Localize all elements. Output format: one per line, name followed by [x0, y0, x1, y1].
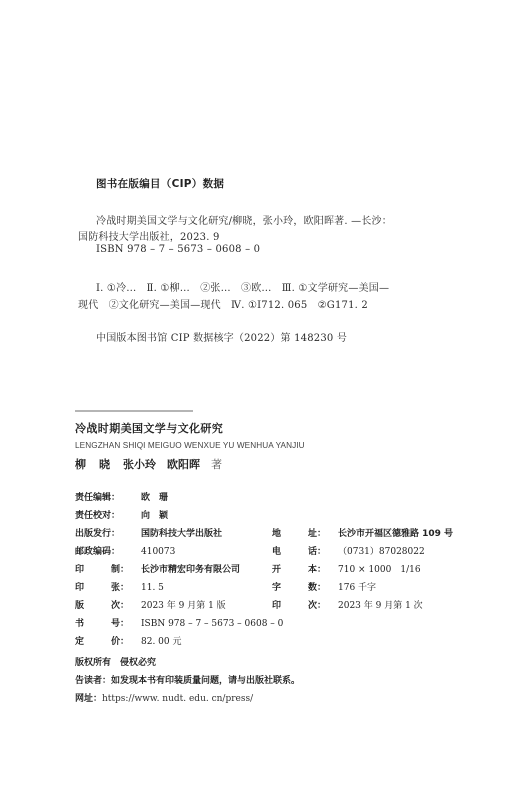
- detail-label: 价：: [111, 637, 129, 647]
- author-name: 柳: [75, 456, 99, 472]
- detail-editor: 责任编辑：欧 珊: [75, 490, 168, 503]
- website-line: 网址：https://www. nudt. edu. cn/press/: [75, 691, 253, 704]
- book-title: 冷战时期美国文学与文化研究: [75, 420, 223, 436]
- detail-value: 2023 年 9 月第 1 版: [141, 601, 226, 611]
- author-name: 欧阳晖: [167, 456, 211, 472]
- detail-label: 书: [75, 616, 111, 629]
- detail-edition: 版次：2023 年 9 月第 1 版: [75, 598, 226, 611]
- cip-line-title: 冷战时期美国文学与文化研究/柳晓，张小玲，欧阳晖著. —长沙：: [96, 212, 392, 227]
- detail-value: （0731）87028022: [338, 547, 425, 557]
- detail-label: 址：: [308, 529, 326, 539]
- author-suffix: 著: [211, 456, 222, 472]
- detail-label: 开: [272, 562, 308, 575]
- book-authors: 柳晓张小玲欧阳晖著: [75, 456, 222, 472]
- detail-value: 176 千字: [338, 583, 376, 593]
- detail-label: 字: [272, 580, 308, 593]
- detail-price: 定价：82. 00 元: [75, 634, 182, 647]
- detail-value: 410073: [141, 547, 175, 557]
- detail-label: 话：: [308, 547, 326, 557]
- detail-label: 责任校对：: [75, 508, 141, 521]
- detail-label: 定: [75, 634, 111, 647]
- detail-printing: 印次：2023 年 9 月第 1 次: [272, 598, 423, 611]
- detail-label: 次：: [111, 601, 129, 611]
- detail-label: 版: [75, 598, 111, 611]
- cip-line-classification: Ⅰ. ①冷… Ⅱ. ①柳… ②张… ③欧… Ⅲ. ①文学研究—美国—: [96, 279, 389, 294]
- detail-value: 2023 年 9 月第 1 次: [338, 601, 423, 611]
- detail-address: 地址：长沙市开福区德雅路 109 号: [272, 526, 453, 539]
- detail-label: 次：: [308, 601, 326, 611]
- detail-label: 制：: [111, 565, 129, 575]
- author-name: 张小玲: [123, 456, 167, 472]
- detail-publisher: 出版发行：国防科技大学出版社: [75, 526, 222, 539]
- detail-format: 开本：710 × 1000 1/16: [272, 562, 421, 575]
- detail-label: 电: [272, 544, 308, 557]
- detail-label: 责任编辑：: [75, 490, 141, 503]
- website-link[interactable]: https://www. nudt. edu. cn/press/: [102, 694, 253, 704]
- detail-value: 11. 5: [141, 583, 164, 593]
- author-name: 晓: [99, 456, 123, 472]
- detail-value: 710 × 1000 1/16: [338, 565, 421, 575]
- copyright-notice: 版权所有 侵权必究: [75, 655, 156, 668]
- detail-value: 欧 珊: [141, 493, 168, 503]
- divider-rule: [75, 410, 193, 412]
- detail-value: 向 颖: [141, 511, 168, 521]
- website-label: 网址：: [75, 694, 102, 704]
- detail-phone: 电话：（0731）87028022: [272, 544, 425, 557]
- cip-line-record-number: 中国版本图书馆 CIP 数据核字（2022）第 148230 号: [96, 329, 347, 344]
- detail-label: 地: [272, 526, 308, 539]
- detail-value: ISBN 978 – 7 – 5673 – 0608 – 0: [141, 619, 283, 629]
- detail-label: 数：: [308, 583, 326, 593]
- cip-line-classification-cont: 现代 ②文化研究—美国—现代 Ⅳ. ①I712. 065 ②G171. 2: [78, 296, 368, 311]
- reader-notice: 告读者：如发现本书有印装质量问题，请与出版社联系。: [75, 673, 300, 686]
- cip-line-publisher: 国防科技大学出版社，2023. 9: [78, 228, 220, 243]
- detail-label: 印: [272, 598, 308, 611]
- detail-label: 印: [75, 580, 111, 593]
- detail-value: 国防科技大学出版社: [141, 529, 222, 539]
- detail-label: 号：: [111, 619, 129, 629]
- detail-label: 张：: [111, 583, 129, 593]
- detail-label: 印: [75, 562, 111, 575]
- detail-printer: 印制：长沙市精宏印务有限公司: [75, 562, 240, 575]
- cip-line-isbn: ISBN 978 – 7 – 5673 – 0608 – 0: [96, 244, 260, 255]
- detail-label: 本：: [308, 565, 326, 575]
- detail-isbn: 书号：ISBN 978 – 7 – 5673 – 0608 – 0: [75, 616, 283, 629]
- book-title-pinyin: LENGZHAN SHIQI MEIGUO WENXUE YU WENHUA Y…: [75, 441, 305, 450]
- copyright-page: 图书在版编目（CIP）数据 冷战时期美国文学与文化研究/柳晓，张小玲，欧阳晖著.…: [0, 0, 510, 800]
- detail-sheets: 印张：11. 5: [75, 580, 164, 593]
- detail-label: 邮政编码：: [75, 544, 141, 557]
- detail-value: 长沙市精宏印务有限公司: [141, 565, 240, 575]
- detail-postcode: 邮政编码：410073: [75, 544, 175, 557]
- detail-word-count: 字数：176 千字: [272, 580, 376, 593]
- detail-proofreader: 责任校对：向 颖: [75, 508, 168, 521]
- detail-value: 82. 00 元: [141, 637, 182, 647]
- detail-value: 长沙市开福区德雅路 109 号: [338, 529, 453, 539]
- cip-heading: 图书在版编目（CIP）数据: [96, 176, 224, 191]
- detail-label: 出版发行：: [75, 526, 141, 539]
